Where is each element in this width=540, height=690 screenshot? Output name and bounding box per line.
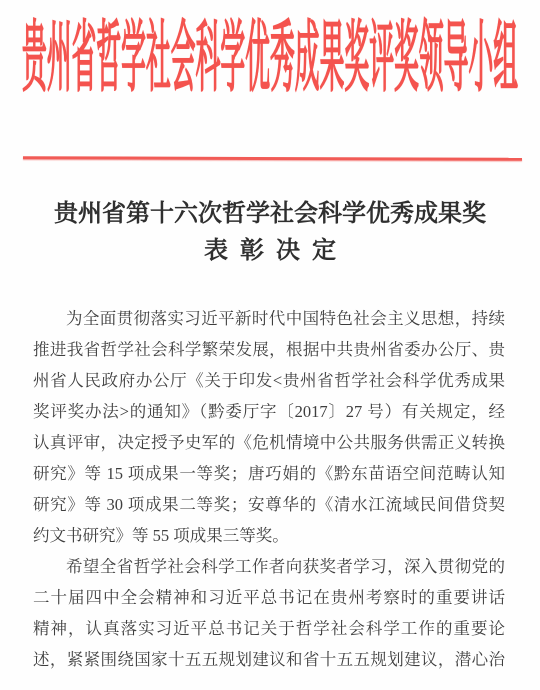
- document-page: 贵州省哲学社会科学优秀成果奖评奖领导小组 贵州省第十六次哲学社会科学优秀成果奖 …: [0, 0, 540, 690]
- body-text-line: 约文书研究》等 55 项成果三等奖。: [33, 520, 505, 551]
- body-text-line: 希望全省哲学社会科学工作者向获奖者学习，深入贯彻党的: [33, 551, 505, 582]
- body-text-line: 奖评奖办法>的通知》（黔委厅字〔2017〕27 号）有关规定，经: [33, 396, 505, 427]
- body-text-line: 精神，认真落实习近平总书记关于哲学社会科学工作的重要论: [33, 613, 505, 644]
- body-text-line: 州省人民政府办公厅《关于印发<贵州省哲学社会科学优秀成果: [33, 365, 505, 396]
- red-divider-line: [23, 156, 522, 161]
- title-line-2: 表彰决定: [0, 233, 540, 270]
- body-text-line: 为全面贯彻落实习近平新时代中国特色社会主义思想，持续: [33, 303, 505, 334]
- document-title: 贵州省第十六次哲学社会科学优秀成果奖 表彰决定: [0, 196, 540, 270]
- body-text-line: 研究》等 15 项成果一等奖；唐巧娟的《黔东苗语空间范畴认知: [33, 458, 505, 489]
- body-text-line: 二十届四中全会精神和习近平总书记在贵州考察时的重要讲话: [33, 582, 505, 613]
- body-text-line: 推进我省哲学社会科学繁荣发展，根据中共贵州省委办公厅、贵: [33, 334, 505, 365]
- body-text-line: 研究》等 30 项成果二等奖；安尊华的《清水江流域民间借贷契: [33, 489, 505, 520]
- document-body: 为全面贯彻落实习近平新时代中国特色社会主义思想，持续推进我省哲学社会科学繁荣发展…: [33, 303, 505, 675]
- title-line-1: 贵州省第十六次哲学社会科学优秀成果奖: [0, 196, 540, 233]
- body-text-line: 认真评审，决定授予史军的《危机情境中公共服务供需正义转换: [33, 427, 505, 458]
- agency-header-text: 贵州省哲学社会科学优秀成果奖评奖领导小组: [22, 16, 518, 100]
- agency-header: 贵州省哲学社会科学优秀成果奖评奖领导小组: [0, 16, 540, 100]
- body-text-line: 述，紧紧围绕国家十五五规划建议和省十五五规划建议，潜心治: [33, 644, 505, 675]
